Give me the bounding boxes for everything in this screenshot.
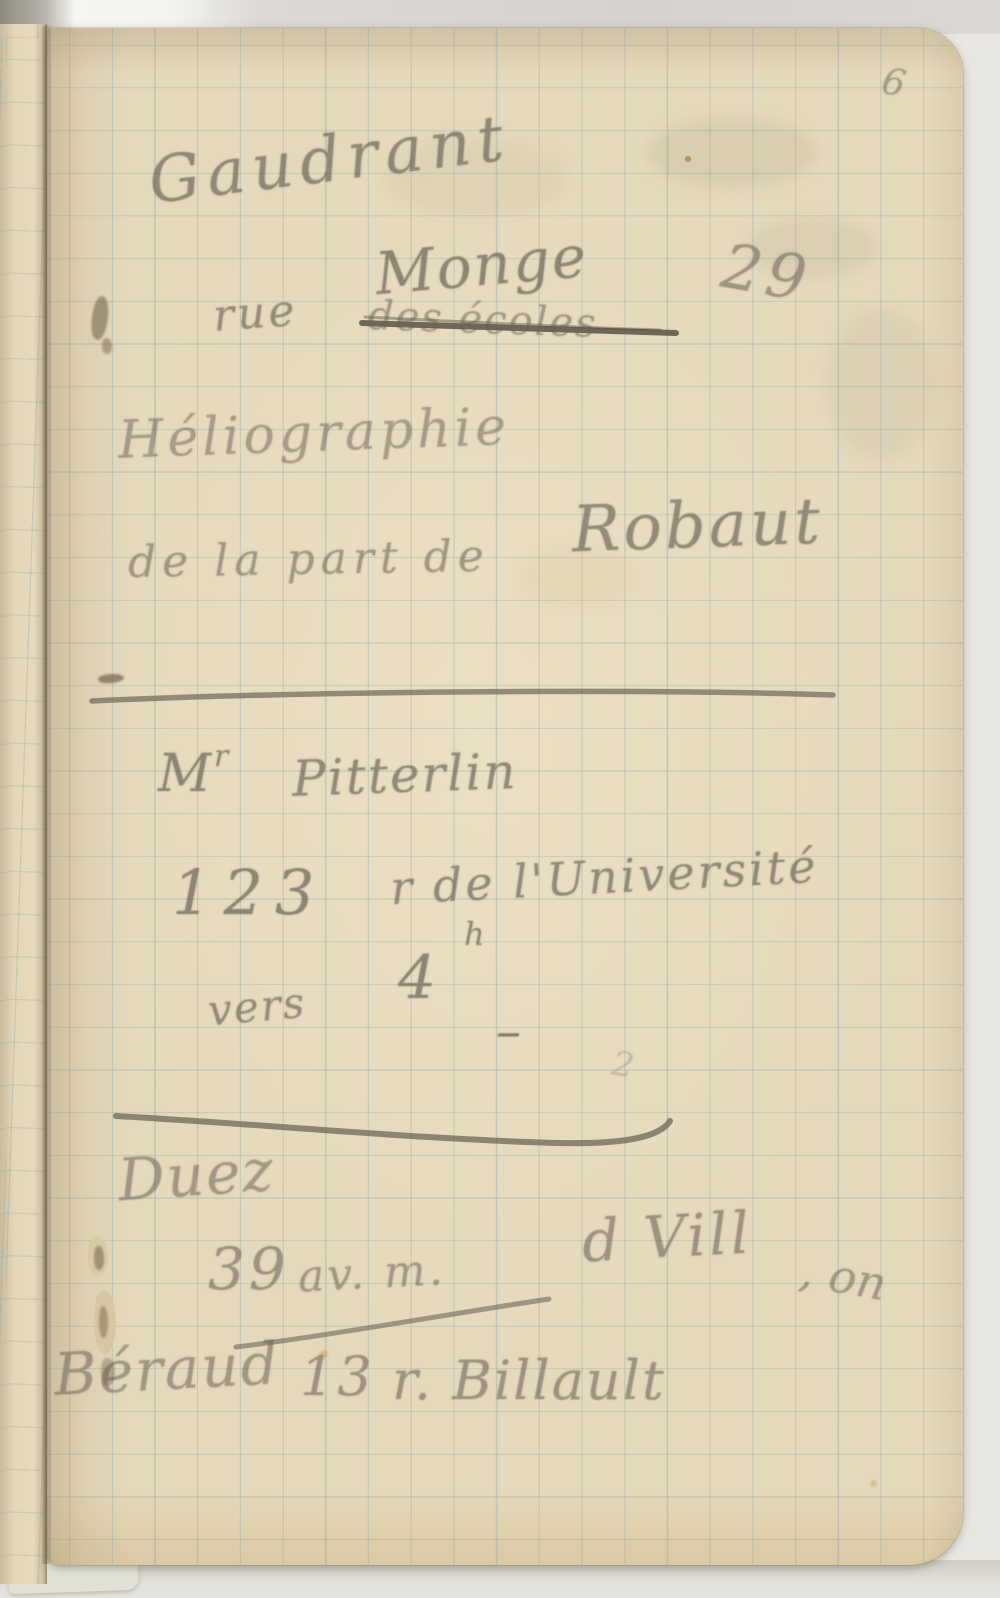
pencil-strokes-layer xyxy=(0,0,1000,1598)
divider-stroke-2 xyxy=(116,1116,670,1143)
underline-stroke xyxy=(236,1299,549,1347)
notebook-photograph: 6 Gaudrant rue Monge des écoles 29 Hélio… xyxy=(0,0,1000,1598)
divider-stroke-1 xyxy=(92,691,833,701)
